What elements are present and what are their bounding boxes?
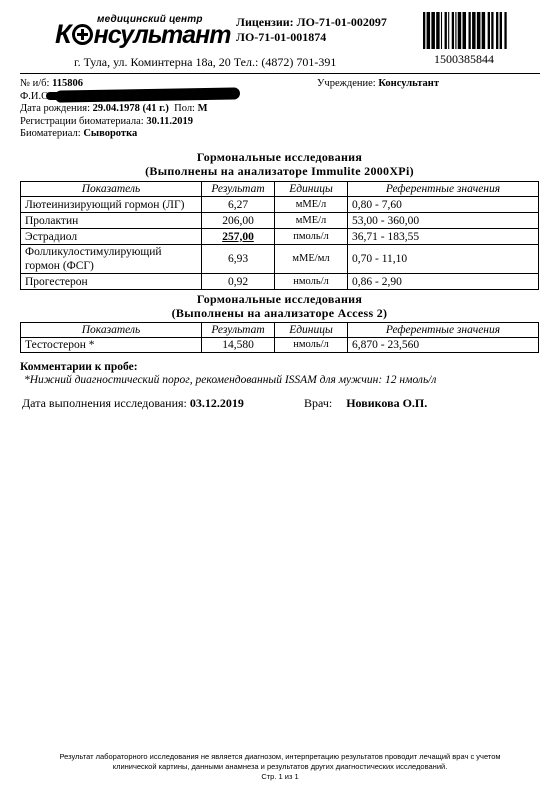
col-indicator: Показатель	[21, 323, 202, 338]
reference-cell: 0,86 - 2,90	[348, 274, 539, 290]
clinic-address: г. Тула, ул. Коминтерна 18а, 20 Тел.: (4…	[74, 55, 336, 70]
results-table-access: Показатель Результат Единицы Референтные…	[20, 322, 539, 353]
comments-label: Комментарии к пробе:	[20, 361, 138, 373]
col-result: Результат	[202, 182, 275, 197]
licenses: Лицензии: ЛО-71-01-002097 ЛО-71-01-00187…	[236, 15, 387, 45]
section1-title: Гормональные исследования (Выполнены на …	[0, 150, 559, 178]
barcode-number: 1500385844	[434, 52, 494, 67]
institution: Учреждение: Консультант	[317, 78, 439, 89]
completion-date: Дата выполнения исследования: 03.12.2019	[22, 396, 244, 411]
logo-name: Кнсультант	[55, 20, 230, 49]
section2-title: Гормональные исследования (Выполнены на …	[0, 292, 559, 320]
indicator-cell: Прогестерон	[21, 274, 202, 290]
units-cell: пмоль/л	[275, 229, 348, 245]
result-cell: 6,27	[202, 197, 275, 213]
table-row: Тестостерон *14,580нмоль/л6,870 - 23,560	[21, 338, 539, 353]
result-cell: 257,00	[202, 229, 275, 245]
biomaterial: Биоматериал: Сыворотка	[20, 128, 208, 141]
units-cell: мМЕ/л	[275, 213, 348, 229]
reference-cell: 0,80 - 7,60	[348, 197, 539, 213]
reference-cell: 53,00 - 360,00	[348, 213, 539, 229]
results-table-immulite: Показатель Результат Единицы Референтные…	[20, 181, 539, 290]
col-reference: Референтные значения	[348, 323, 539, 338]
indicator-cell: Фолликулостимулирующий гормон (ФСГ)	[21, 245, 202, 274]
medical-cross-icon	[72, 24, 93, 45]
col-indicator: Показатель	[21, 182, 202, 197]
license-line-2: ЛО-71-01-001874	[236, 30, 387, 45]
col-units: Единицы	[275, 323, 348, 338]
patient-info: № и/б: 115806 Ф.И.О.: Дата рождения: 29.…	[20, 78, 208, 141]
header-divider	[20, 73, 540, 74]
units-cell: мМЕ/л	[275, 197, 348, 213]
result-cell: 206,00	[202, 213, 275, 229]
table-row: Прогестерон0,92нмоль/л0,86 - 2,90	[21, 274, 539, 290]
name-redaction	[46, 92, 106, 100]
indicator-cell: Тестостерон *	[21, 338, 202, 353]
table-row: Фолликулостимулирующий гормон (ФСГ)6,93м…	[21, 245, 539, 274]
table-row: Лютеинизирующий гормон (ЛГ)6,27мМЕ/л0,80…	[21, 197, 539, 213]
col-result: Результат	[202, 323, 275, 338]
table-header-row: Показатель Результат Единицы Референтные…	[21, 323, 539, 338]
barcode	[423, 12, 525, 49]
units-cell: нмоль/л	[275, 338, 348, 353]
units-cell: нмоль/л	[275, 274, 348, 290]
result-cell: 6,93	[202, 245, 275, 274]
col-units: Единицы	[275, 182, 348, 197]
table-header-row: Показатель Результат Единицы Референтные…	[21, 182, 539, 197]
doctor: Врач:Новикова О.П.	[304, 396, 427, 411]
reference-cell: 6,870 - 23,560	[348, 338, 539, 353]
result-cell: 14,580	[202, 338, 275, 353]
table-row: Эстрадиол257,00пмоль/л36,71 - 183,55	[21, 229, 539, 245]
clinic-logo: медицинский центр Кнсультант	[55, 14, 220, 50]
result-cell: 0,92	[202, 274, 275, 290]
birth-date: Дата рождения: 29.04.1978 (41 г.) Пол: М	[20, 103, 208, 116]
footer-disclaimer: Результат лабораторного исследования не …	[20, 752, 540, 782]
reference-cell: 0,70 - 11,10	[348, 245, 539, 274]
reference-cell: 36,71 - 183,55	[348, 229, 539, 245]
registration-date: Регистрации биоматериала: 30.11.2019	[20, 116, 208, 129]
table-row: Пролактин206,00мМЕ/л53,00 - 360,00	[21, 213, 539, 229]
indicator-cell: Лютеинизирующий гормон (ЛГ)	[21, 197, 202, 213]
units-cell: мМЕ/мл	[275, 245, 348, 274]
col-reference: Референтные значения	[348, 182, 539, 197]
indicator-cell: Пролактин	[21, 213, 202, 229]
comments-text: *Нижний диагностический порог, рекомендо…	[24, 374, 436, 386]
page-number: Стр. 1 из 1	[20, 772, 540, 782]
license-line-1: Лицензии: ЛО-71-01-002097	[236, 15, 387, 30]
indicator-cell: Эстрадиол	[21, 229, 202, 245]
